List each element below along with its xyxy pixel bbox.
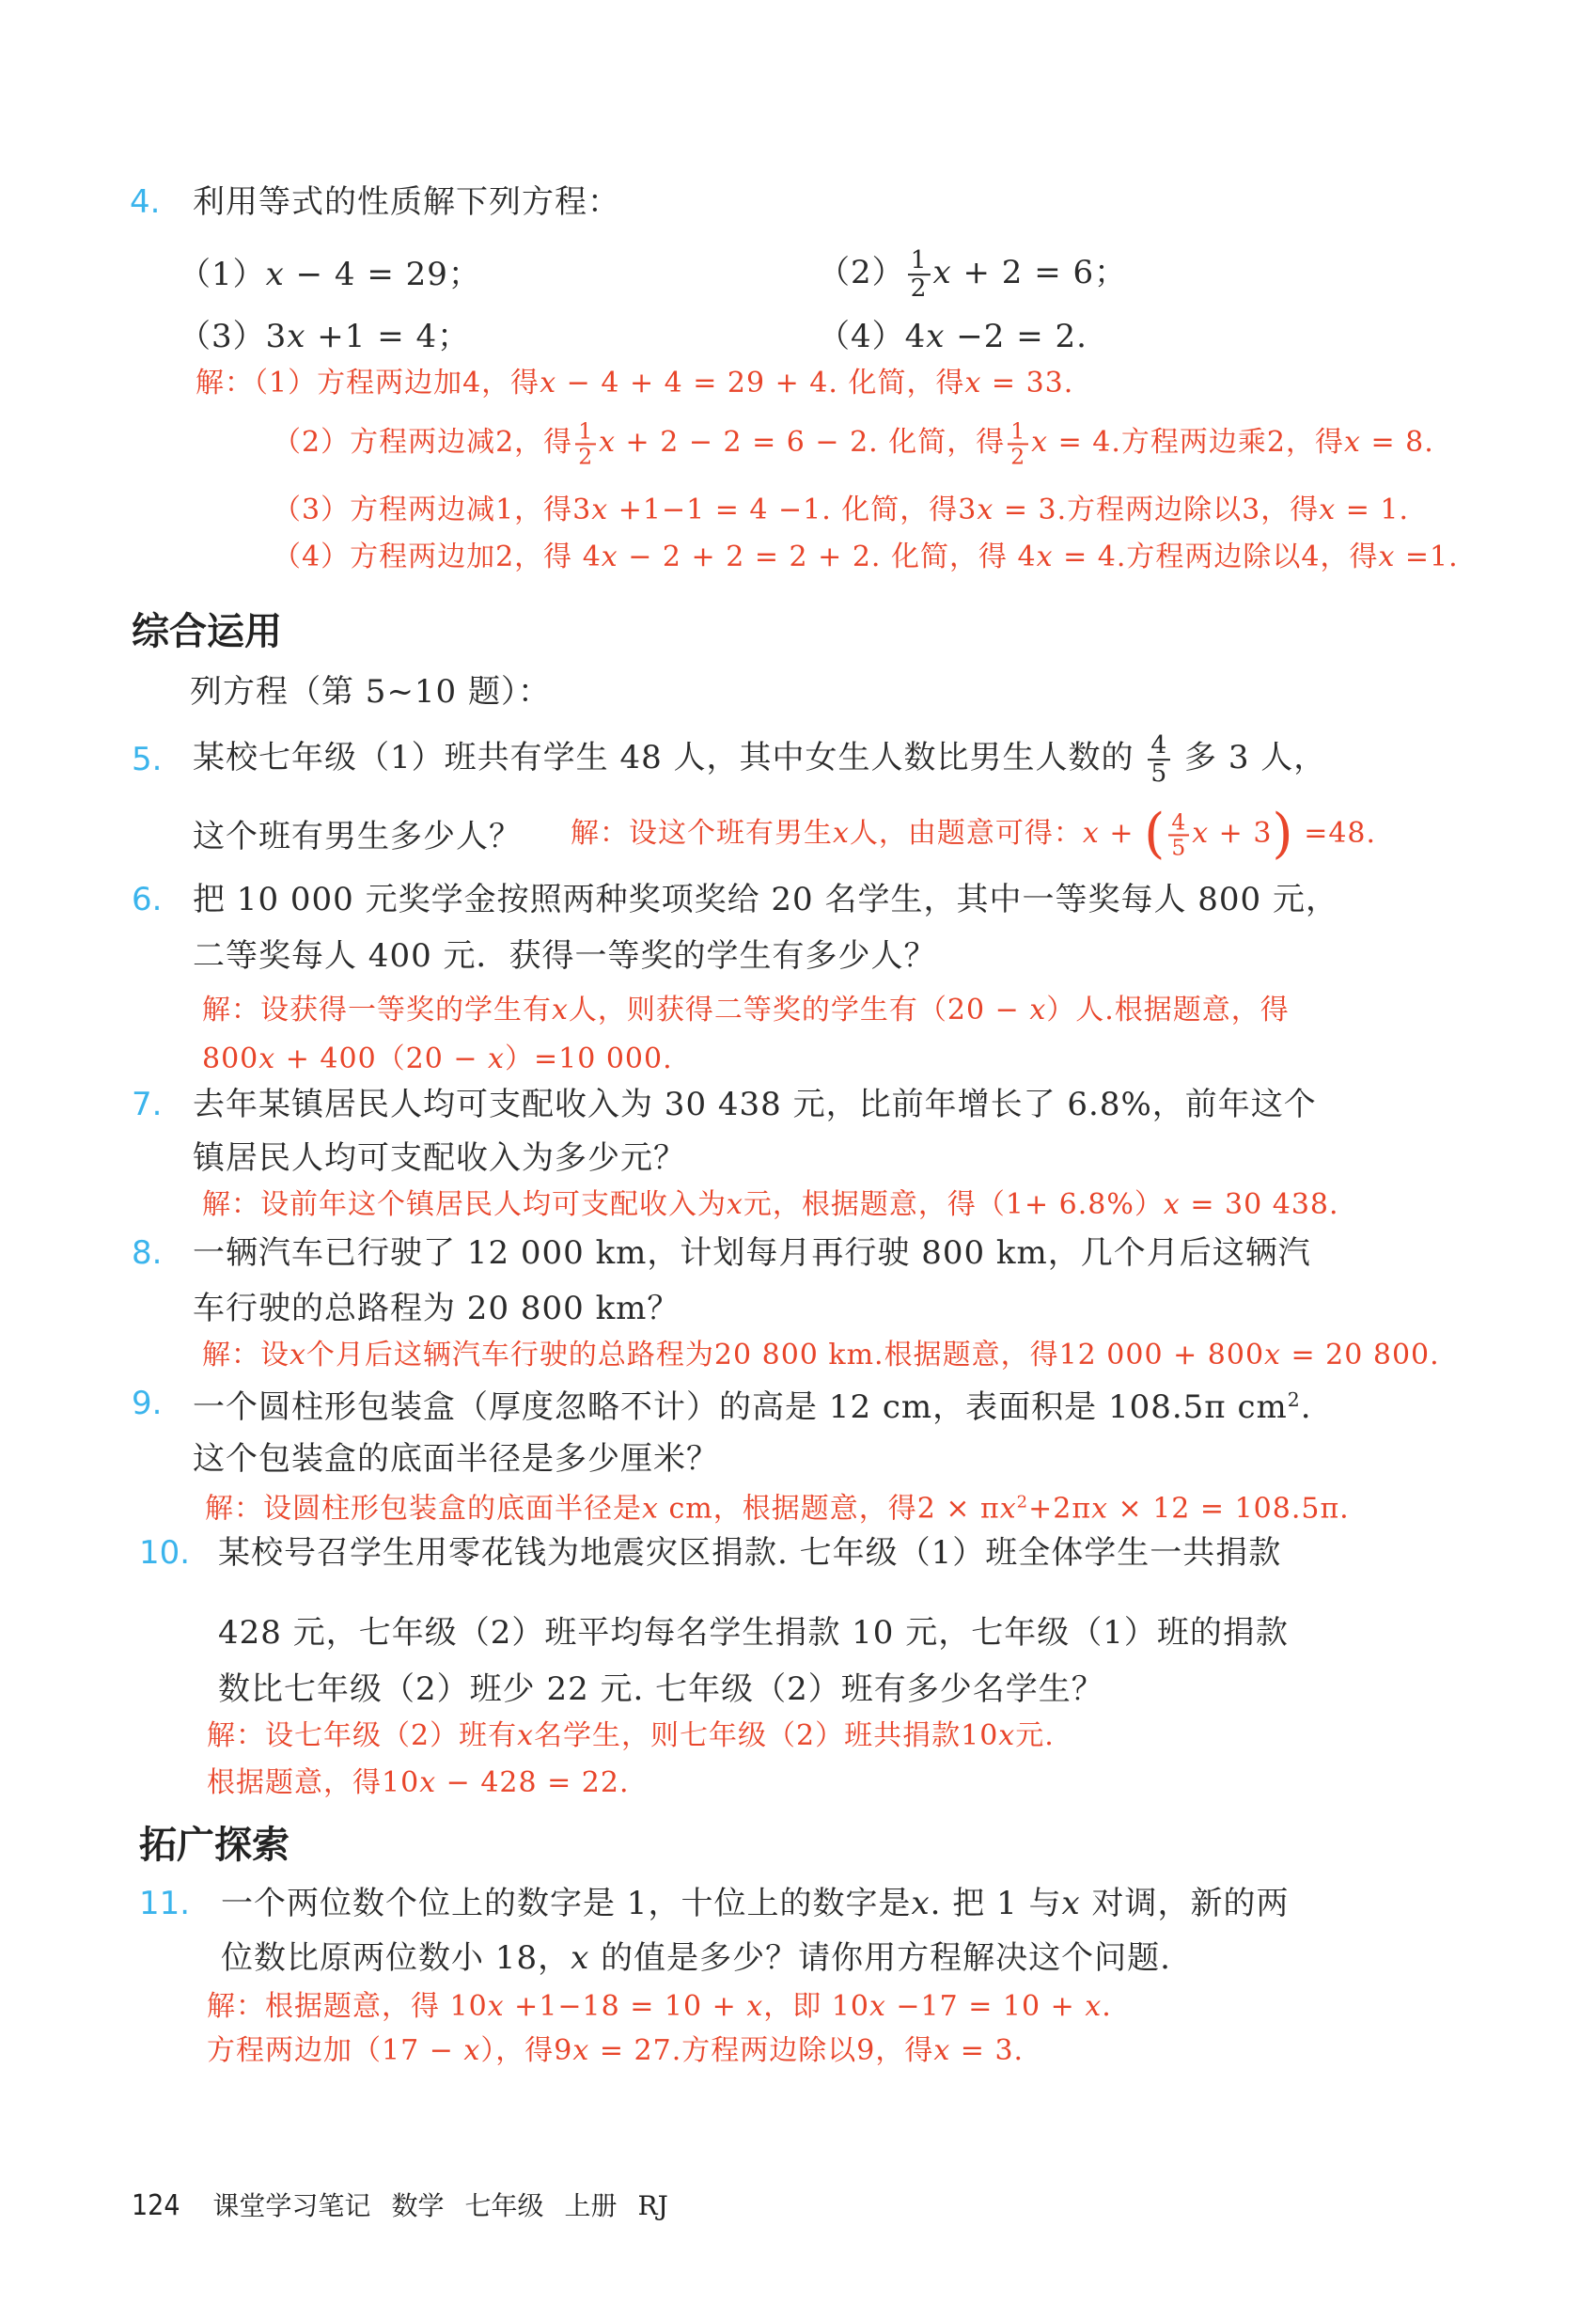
- question-number-5: 5.: [132, 739, 162, 780]
- question-11-line-1: 一个两位数个位上的数字是 1，十位上的数字是x. 把 1 与x 对调，新的两: [221, 1883, 1290, 1924]
- question-5-line-2: 这个班有男生多少人？: [193, 816, 522, 857]
- answer-10-line-1: 解：设七年级（2）班有x名学生，则七年级（2）班共捐款10x元.: [207, 1716, 1055, 1757]
- section-intro: 列方程（第 5~10 题）：: [190, 671, 551, 713]
- fraction: 45: [1168, 810, 1189, 858]
- question-number-4: 4.: [130, 181, 160, 223]
- question-number-8: 8.: [132, 1232, 162, 1274]
- fraction: 12: [908, 247, 931, 302]
- question-7-line-2: 镇居民人均可支配收入为多少元？: [193, 1137, 686, 1179]
- question-4-item-2: （2）12x + 2 = 6；: [818, 247, 1127, 302]
- question-10-line-3: 数比七年级（2）班少 22 元. 七年级（2）班有多少名学生？: [218, 1669, 1104, 1710]
- question-9-line-2: 这个包装盒的底面半径是多少厘米？: [193, 1438, 719, 1480]
- fraction: 12: [575, 419, 596, 467]
- book-grade: 七年级: [464, 2190, 543, 2221]
- question-8-line-2: 车行驶的总路程为 20 800 km？: [193, 1288, 680, 1329]
- question-10-line-1: 某校号召学生用零花钱为地震灾区捐款. 七年级（1）班全体学生一共捐款: [218, 1532, 1281, 1574]
- question-4-item-1: （1）x − 4 = 29；: [179, 254, 481, 295]
- section-heading-comprehensive: 综合运用: [132, 608, 282, 655]
- book-title: 课堂学习笔记: [212, 2190, 370, 2221]
- question-number-10: 10.: [139, 1532, 190, 1574]
- answer-4-1: 解：（1）方程两边加4，得x − 4 + 4 = 29 + 4. 化简，得x =…: [196, 363, 1073, 404]
- question-8-line-1: 一辆汽车已行驶了 12 000 km，计划每月再行驶 800 km，几个月后这辆…: [193, 1232, 1311, 1274]
- book-subject: 数学: [391, 2190, 444, 2221]
- fraction: 12: [1008, 419, 1028, 467]
- question-7-line-1: 去年某镇居民人均可支配收入为 30 438 元，比前年增长了 6.8%，前年这个: [193, 1084, 1317, 1125]
- answer-4-3: （3）方程两边减1，得3x +1−1 = 4 −1. 化简，得3x = 3.方程…: [273, 490, 1409, 531]
- question-number-11: 11.: [139, 1883, 190, 1924]
- question-4-item-4: （4）4x −2 = 2.: [818, 316, 1087, 357]
- answer-6-line-2: 800x + 400（20 − x）=10 000.: [202, 1039, 673, 1080]
- book-edition: RJ: [637, 2190, 667, 2221]
- question-number-7: 7.: [132, 1084, 162, 1125]
- answer-11-line-1: 解：根据题意，得 10x +1−18 = 10 + x，即 10x −17 = …: [207, 1986, 1112, 2028]
- answer-6-line-1: 解：设获得一等奖的学生有x人，则获得二等奖的学生有（20 − x）人.根据题意，…: [202, 990, 1290, 1031]
- question-11-line-2: 位数比原两位数小 18，x 的值是多少？请你用方程解决这个问题.: [221, 1937, 1171, 1979]
- answer-9: 解：设圆柱形包装盒的底面半径是x cm，根据题意，得2 × πx2+2πx × …: [205, 1482, 1350, 1530]
- fraction: 45: [1148, 732, 1170, 787]
- answer-4-2: （2）方程两边减2，得12x + 2 − 2 = 6 − 2. 化简，得12x …: [273, 419, 1434, 467]
- question-6-line-1: 把 10 000 元奖学金按照两种奖项奖给 20 名学生，其中一等奖每人 800…: [193, 879, 1338, 920]
- question-4-item-3: （3）3x +1 = 4；: [179, 316, 470, 357]
- question-6-line-2: 二等奖每人 400 元．获得一等奖的学生有多少人？: [193, 935, 937, 977]
- question-4-stem: 利用等式的性质解下列方程：: [193, 181, 620, 223]
- page-number: 124: [132, 2189, 180, 2222]
- question-10-line-2: 428 元，七年级（2）班平均每名学生捐款 10 元，七年级（1）班的捐款: [218, 1612, 1289, 1654]
- question-number-9: 9.: [132, 1383, 162, 1424]
- book-volume: 上册: [564, 2190, 617, 2221]
- book-info: 课堂学习笔记数学七年级上册RJ: [212, 2190, 688, 2221]
- answer-10-line-2: 根据题意，得10x − 428 = 22.: [207, 1763, 630, 1804]
- answer-8: 解：设x个月后这辆汽车行驶的总路程为20 800 km.根据题意，得12 000…: [202, 1335, 1440, 1376]
- question-9-line-1: 一个圆柱形包装盒（厚度忽略不计）的高是 12 cm，表面积是 108.5π cm…: [193, 1379, 1312, 1428]
- answer-4-4: （4）方程两边加2，得 4x − 2 + 2 = 2 + 2. 化简，得 4x …: [273, 537, 1459, 578]
- question-5-line-1: 某校七年级（1）班共有学生 48 人，其中女生人数比男生人数的 45 多 3 人…: [193, 732, 1326, 787]
- answer-5: 解：设这个班有男生x人，由题意可得：x + (45x + 3) =48.: [571, 810, 1376, 858]
- page-footer: 124 课堂学习笔记数学七年级上册RJ: [132, 2186, 689, 2223]
- answer-11-line-2: 方程两边加（17 − x），得9x = 27.方程两边除以9，得x = 3.: [207, 2030, 1024, 2072]
- section-heading-explore: 拓广探索: [139, 1822, 289, 1869]
- question-number-6: 6.: [132, 879, 162, 920]
- answer-7: 解：设前年这个镇居民人均可支配收入为x元，根据题意，得（1+ 6.8%）x = …: [202, 1184, 1339, 1226]
